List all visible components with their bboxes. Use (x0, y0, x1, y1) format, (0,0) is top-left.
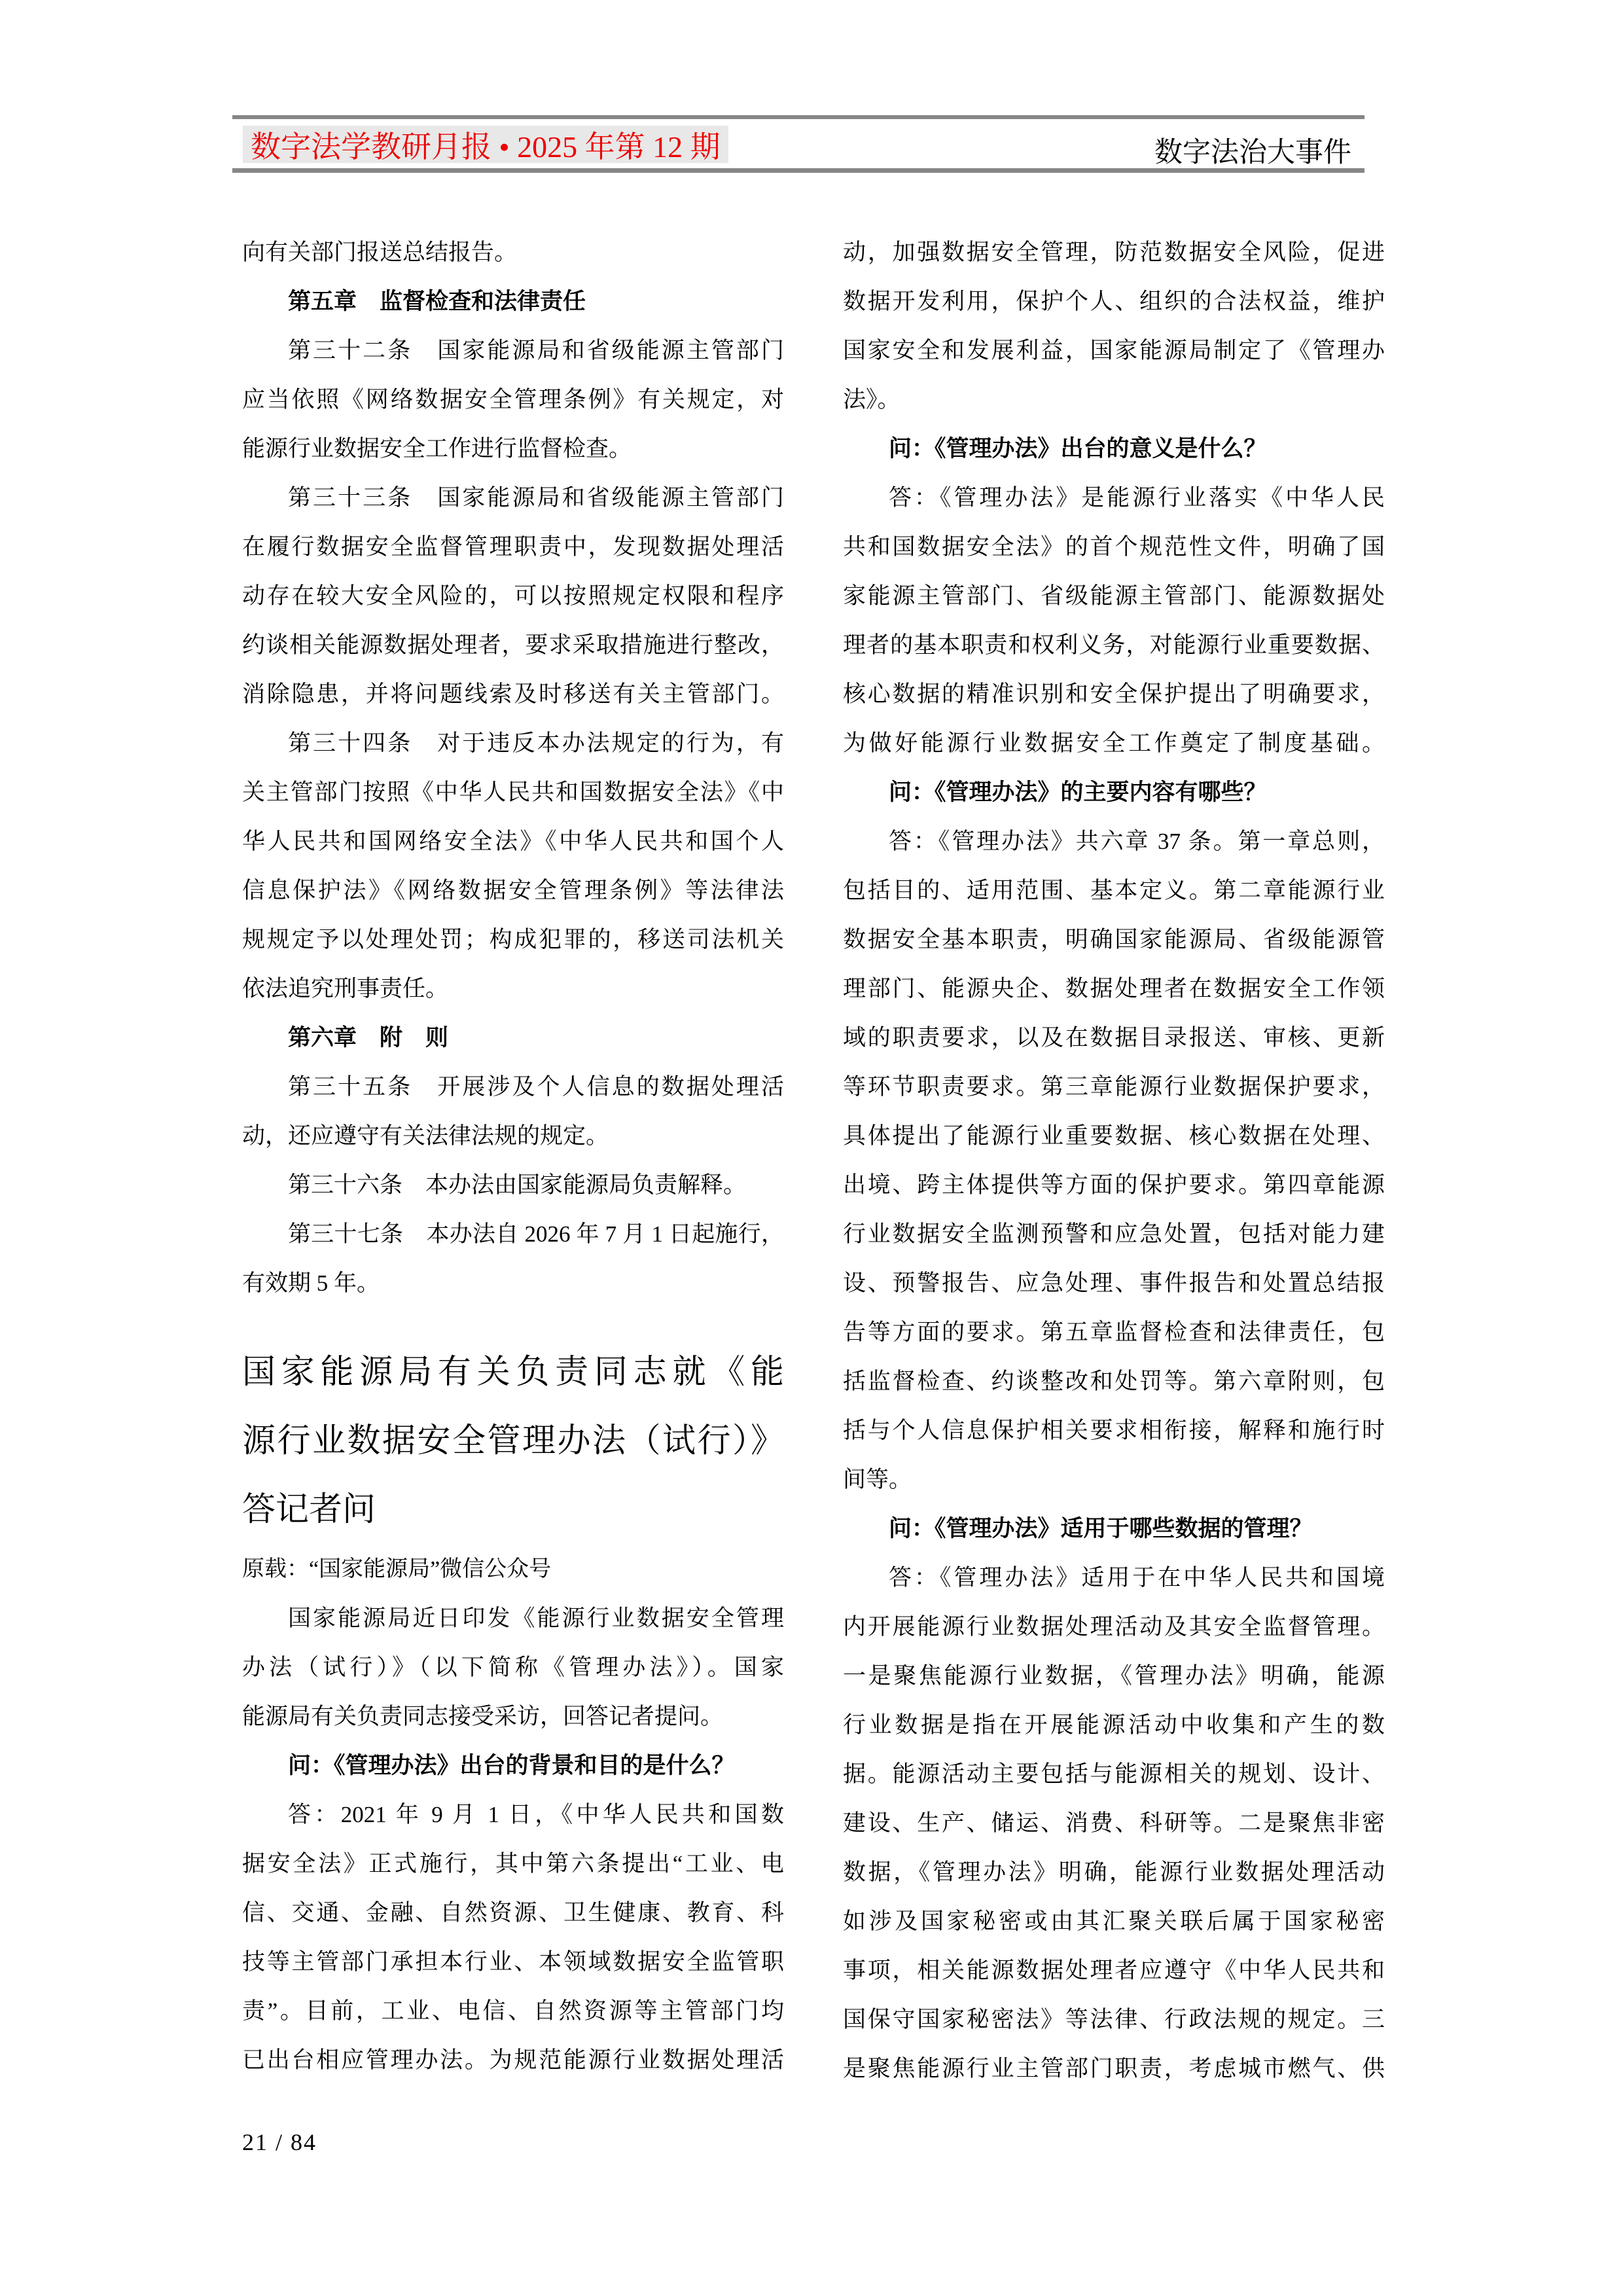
left-column-text-line: 动，还应遵守有关法律法规的规定。 (242, 1111, 784, 1160)
left-column-text-line: 约谈相关能源数据处理者，要求采取措施进行整改， (242, 620, 784, 670)
article-heading-line: 答记者问 (242, 1476, 784, 1545)
left-column-bold-line: 问：《管理办法》出台的背景和目的是什么？ (242, 1741, 784, 1790)
left-column-text-line: 第三十六条 本办法由国家能源局负责解释。 (242, 1160, 784, 1210)
left-column-text-line: 第三十七条 本办法自 2026 年 7 月 1 日起施行， (242, 1210, 784, 1259)
left-column-text-line: 第三十五条 开展涉及个人信息的数据处理活 (242, 1062, 784, 1111)
left-column-text-line: 据安全法》正式施行，其中第六条提出“工业、电 (242, 1839, 784, 1888)
right-column-text-line: 为做好能源行业数据安全工作奠定了制度基础。 (843, 719, 1385, 768)
right-column-bold-line: 问：《管理办法》出台的意义是什么？ (843, 424, 1385, 473)
left-column-text-line: 依法追究刑事责任。 (242, 964, 784, 1013)
right-column-text-line: 建设、生产、储运、消费、科研等。二是聚焦非密 (843, 1799, 1385, 1848)
left-column-text-line: 责”。目前，工业、电信、自然资源等主管部门均 (242, 1986, 784, 2036)
left-column-text-line: 第三十四条 对于违反本办法规定的行为，有 (242, 719, 784, 768)
left-column-text-line: 能源行业数据安全工作进行监督检查。 (242, 424, 784, 473)
right-column-text-line: 一是聚焦能源行业数据，《管理办法》明确，能源 (843, 1651, 1385, 1700)
left-column-text-line: 技等主管部门承担本行业、本领域数据安全监管职 (242, 1937, 784, 1986)
right-column-bold-line: 问：《管理办法》适用于哪些数据的管理？ (843, 1504, 1385, 1553)
left-column-text-line: 华人民共和国网络安全法》《中华人民共和国个人 (242, 817, 784, 866)
right-column-text-line: 行业数据是指在开展能源活动中收集和产生的数 (843, 1700, 1385, 1749)
left-column-bold-line: 第五章 监督检查和法律责任 (242, 277, 784, 326)
journal-title-badge: 数字法学教研月报 • 2025 年第 12 期 (243, 126, 728, 163)
left-column-text-line: 动存在较大安全风险的，可以按照规定权限和程序 (242, 571, 784, 620)
right-column-text-line: 理部门、能源央企、数据处理者在数据安全工作领 (843, 964, 1385, 1013)
header-bottom-rule (232, 168, 1364, 173)
right-column-text-line: 内开展能源行业数据处理活动及其安全监督管理。 (843, 1602, 1385, 1651)
right-column-text-line: 共和国数据安全法》的首个规范性文件，明确了国 (843, 522, 1385, 571)
left-column-text-line: 应当依照《网络数据安全管理条例》有关规定，对 (242, 375, 784, 424)
left-column-text-line: 向有关部门报送总结报告。 (242, 228, 784, 277)
right-column-text-line: 数据开发利用，保护个人、组织的合法权益，维护 (843, 277, 1385, 326)
left-column-text-line: 第三十三条 国家能源局和省级能源主管部门 (242, 473, 784, 522)
right-column-text-line: 答：《管理办法》共六章 37 条。第一章总则， (843, 817, 1385, 866)
right-column-text-line: 核心数据的精准识别和安全保护提出了明确要求， (843, 670, 1385, 719)
right-column-text-line: 等环节职责要求。第三章能源行业数据保护要求， (843, 1062, 1385, 1111)
article-heading-line: 国家能源局有关负责同志就《能 (242, 1338, 784, 1407)
right-column-text-line: 动，加强数据安全管理，防范数据安全风险，促进 (843, 228, 1385, 277)
journal-title: 数字法学教研月报 • 2025 年第 12 期 (251, 123, 721, 166)
left-column-text-line: 第三十二条 国家能源局和省级能源主管部门 (242, 326, 784, 375)
right-column-text-line: 数据，《管理办法》明确，能源行业数据处理活动 (843, 1848, 1385, 1897)
left-column-text-line: 信息保护法》《网络数据安全管理条例》等法律法 (242, 866, 784, 915)
right-column-text-line: 行业数据安全监测预警和应急处置，包括对能力建 (843, 1210, 1385, 1259)
right-column-text-line: 据。能源活动主要包括与能源相关的规划、设计、 (843, 1749, 1385, 1799)
left-column-text-line: 能源局有关负责同志接受采访，回答记者提问。 (242, 1692, 784, 1741)
right-column-bold-line: 问：《管理办法》的主要内容有哪些？ (843, 768, 1385, 817)
right-column-text-line: 出境、跨主体提供等方面的保护要求。第四章能源 (843, 1160, 1385, 1210)
right-column-text-line: 括与个人信息保护相关要求相衔接，解释和施行时 (843, 1406, 1385, 1455)
left-column-text-line: 在履行数据安全监督管理职责中，发现数据处理活 (242, 522, 784, 571)
left-column-text-line: 信、交通、金融、自然资源、卫生健康、教育、科 (242, 1888, 784, 1937)
right-column-text-line: 国家安全和发展利益，国家能源局制定了《管理办 (843, 326, 1385, 375)
left-column: 向有关部门报送总结报告。第五章 监督检查和法律责任第三十二条 国家能源局和省级能… (242, 228, 784, 2085)
right-column-text-line: 是聚焦能源行业主管部门职责，考虑城市燃气、供 (843, 2044, 1385, 2093)
right-column-text-line: 间等。 (843, 1455, 1385, 1504)
left-column-text-line: 规规定予以处理处罚；构成犯罪的，移送司法机关 (242, 915, 784, 964)
article-heading-line: 源行业数据安全管理办法（试行）》 (242, 1407, 784, 1476)
source-note: 原载：“国家能源局”微信公众号 (242, 1545, 784, 1594)
header-top-rule (232, 115, 1364, 119)
right-column-text-line: 事项，相关能源数据处理者应遵守《中华人民共和 (843, 1946, 1385, 1995)
right-column-text-line: 数据安全基本职责，明确国家能源局、省级能源管 (843, 915, 1385, 964)
right-column-text-line: 答：《管理办法》是能源行业落实《中华人民 (843, 473, 1385, 522)
right-column-text-line: 家能源主管部门、省级能源主管部门、能源数据处 (843, 571, 1385, 620)
left-column-text-line: 关主管部门按照《中华人民共和国数据安全法》《中 (242, 768, 784, 817)
right-column-text-line: 答：《管理办法》适用于在中华人民共和国境 (843, 1553, 1385, 1602)
section-title: 数字法治大事件 (1154, 130, 1351, 170)
document-page: 数字法学教研月报 • 2025 年第 12 期 数字法治大事件 向有关部门报送总… (0, 0, 1623, 2296)
page-number: 21 / 84 (242, 2128, 317, 2156)
left-column-text-line: 办法（试行）》（以下简称《管理办法》）。国家 (242, 1643, 784, 1692)
left-column-text-line: 消除隐患，并将问题线索及时移送有关主管部门。 (242, 670, 784, 719)
left-column-text-line: 已出台相应管理办法。为规范能源行业数据处理活 (242, 2036, 784, 2085)
right-column-text-line: 括监督检查、约谈整改和处罚等。第六章附则，包 (843, 1357, 1385, 1406)
left-column-text-line: 答：2021 年 9 月 1 日，《中华人民共和国数 (242, 1790, 784, 1839)
right-column-text-line: 域的职责要求，以及在数据目录报送、审核、更新 (843, 1013, 1385, 1062)
right-column-text-line: 理者的基本职责和权利义务，对能源行业重要数据、 (843, 620, 1385, 670)
right-column-text-line: 包括目的、适用范围、基本定义。第二章能源行业 (843, 866, 1385, 915)
right-column-text-line: 国保守国家秘密法》等法律、行政法规的规定。三 (843, 1995, 1385, 2044)
right-column-text-line: 告等方面的要求。第五章监督检查和法律责任，包 (843, 1308, 1385, 1357)
left-column-bold-line: 第六章 附 则 (242, 1013, 784, 1062)
right-column-text-line: 具体提出了能源行业重要数据、核心数据在处理、 (843, 1111, 1385, 1160)
right-column: 动，加强数据安全管理，防范数据安全风险，促进数据开发利用，保护个人、组织的合法权… (843, 228, 1385, 2093)
left-column-text-line: 国家能源局近日印发《能源行业数据安全管理 (242, 1594, 784, 1643)
left-column-text-line: 有效期 5 年。 (242, 1259, 784, 1308)
right-column-text-line: 设、预警报告、应急处理、事件报告和处置总结报 (843, 1259, 1385, 1308)
right-column-text-line: 法》。 (843, 375, 1385, 424)
right-column-text-line: 如涉及国家秘密或由其汇聚关联后属于国家秘密 (843, 1897, 1385, 1946)
